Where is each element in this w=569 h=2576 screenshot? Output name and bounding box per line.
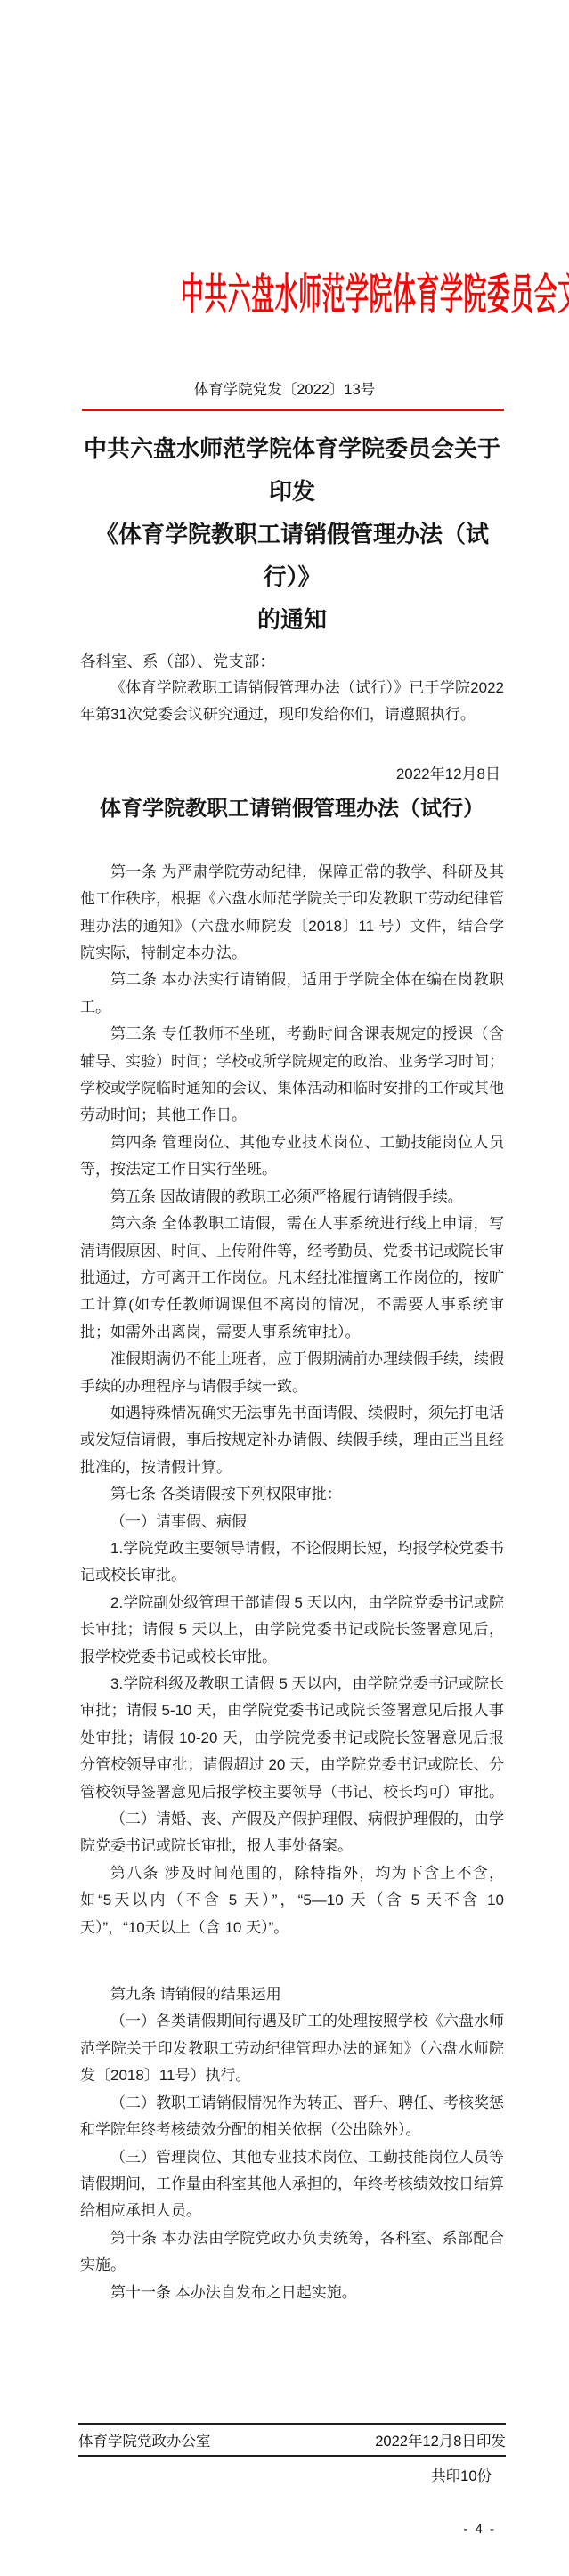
regulation-paragraph: （一）请事假、病假 xyxy=(80,1509,504,1535)
letterhead-title-text: 中共六盘水师范学院体育学院委员会文件 xyxy=(181,260,569,321)
regulation-paragraph: 第一条 为严肃学院劳动纪律，保障正常的教学、科研及其他工作秩序，根据《六盘水师范… xyxy=(80,859,504,968)
regulation-paragraph: 第五条 因故请假的教职工必须严格履行请销假手续。 xyxy=(80,1184,504,1211)
regulation-paragraph: 3.学院科级及教职工请假 5 天以内，由学院党委书记或院长审批；请假 5-10 … xyxy=(80,1671,504,1806)
regulation-paragraph: （二）教职工请销假情况作为转正、晋升、聘任、考核奖惩和学院年终考核绩效分配的相关… xyxy=(80,2090,504,2144)
footer-issuing-office: 体育学院党政办公室 xyxy=(78,2429,211,2450)
regulation-paragraph: 第三条 专任教师不坐班，考勤时间含课表规定的授课（含辅导、实验）时间；学校或所学… xyxy=(80,1021,504,1130)
regulation-paragraph: 第九条 请销假的结果运用 xyxy=(80,1981,504,2008)
notice-title-line-1: 中共六盘水师范学院体育学院委员会关于印发 xyxy=(80,427,504,513)
regulation-paragraph: 第十一条 本办法自发布之日起实施。 xyxy=(80,2280,504,2306)
regulation-title: 体育学院教职工请销假管理办法（试行） xyxy=(80,793,504,825)
page-number: - 4 - xyxy=(78,2522,496,2537)
notice-title: 中共六盘水师范学院体育学院委员会关于印发 《体育学院教职工请销假管理办法（试行）… xyxy=(80,427,504,641)
regulation-paragraph: 第六条 全体教职工请假，需在人事系统进行线上申请，写清请假原因、时间、上传附件等… xyxy=(80,1211,504,1346)
regulation-paragraph: 如遇特殊情况确实无法事先书面请假、续假时，须先打电话或发短信请假，事后按规定补办… xyxy=(80,1400,504,1481)
document-number: 体育学院党发〔2022〕13号 xyxy=(0,377,569,399)
regulation-body: 第一条 为严肃学院劳动纪律，保障正常的教学、科研及其他工作秩序，根据《六盘水师范… xyxy=(80,859,504,2306)
notice-body-paragraph: 《体育学院教职工请销假管理办法（试行）》已于学院2022年第31次党委会议研究通… xyxy=(80,675,504,729)
footer-copies: 共印10份 xyxy=(78,2464,492,2485)
footer-rule-top xyxy=(78,2423,506,2425)
regulation-paragraph: 第四条 管理岗位、其他专业技术岗位、工勤技能岗位人员等，按法定工作日实行坐班。 xyxy=(80,1130,504,1184)
regulation-paragraph: （二）请婚、丧、产假及产假护理假、病假护理假的，由学院党委书记或院长审批，报人事… xyxy=(80,1806,504,1860)
regulation-paragraph: 第八条 涉及时间范围的，除特指外，均为下含上不含，如“5天以内（不含 5 天）”… xyxy=(80,1860,504,1941)
letterhead-divider xyxy=(82,409,504,411)
document-body: 中共六盘水师范学院体育学院委员会关于印发 《体育学院教职工请销假管理办法（试行）… xyxy=(80,427,504,2306)
notice-date: 2022年12月8日 xyxy=(80,761,504,788)
letterhead-title: 中共六盘水师范学院体育学院委员会文件 xyxy=(0,260,569,321)
regulation-paragraph: 第十条 本办法由学院党政办负责统筹，各科室、系部配合实施。 xyxy=(80,2225,504,2280)
regulation-paragraph: 第七条 各类请假按下列权限审批： xyxy=(80,1481,504,1508)
regulation-paragraph: 第二条 本办法实行请销假，适用于学院全体在编在岗教职工。 xyxy=(80,967,504,1021)
regulation-paragraph: 2.学院副处级管理干部请假 5 天以内，由学院党委书记或院长审批；请假 5 天以… xyxy=(80,1590,504,1671)
regulation-paragraph: （一）各类请假期间待遇及旷工的处理按照学校《六盘水师范学院关于印发教职工劳动纪律… xyxy=(80,2008,504,2089)
notice-title-line-3: 的通知 xyxy=(80,598,504,641)
footer-rule-bottom xyxy=(78,2455,506,2457)
footer-row: 体育学院党政办公室 2022年12月8日印发 xyxy=(78,2427,506,2452)
notice-title-line-2: 《体育学院教职工请销假管理办法（试行）》 xyxy=(80,513,504,598)
notice-salutation: 各科室、系（部）、党支部： xyxy=(80,648,504,675)
footer-print-date: 2022年12月8日印发 xyxy=(375,2429,506,2450)
regulation-paragraph: 1.学院党政主要领导请假，不论假期长短，均报学校党委书记或校长审批。 xyxy=(80,1535,504,1590)
regulation-paragraph: （三）管理岗位、其他专业技术岗位、工勤技能岗位人员等请假期间，工作量由科室其他人… xyxy=(80,2144,504,2225)
regulation-paragraph: 准假期满仍不能上班者，应于假期满前办理续假手续，续假手续的办理程序与请假手续一致… xyxy=(80,1346,504,1400)
